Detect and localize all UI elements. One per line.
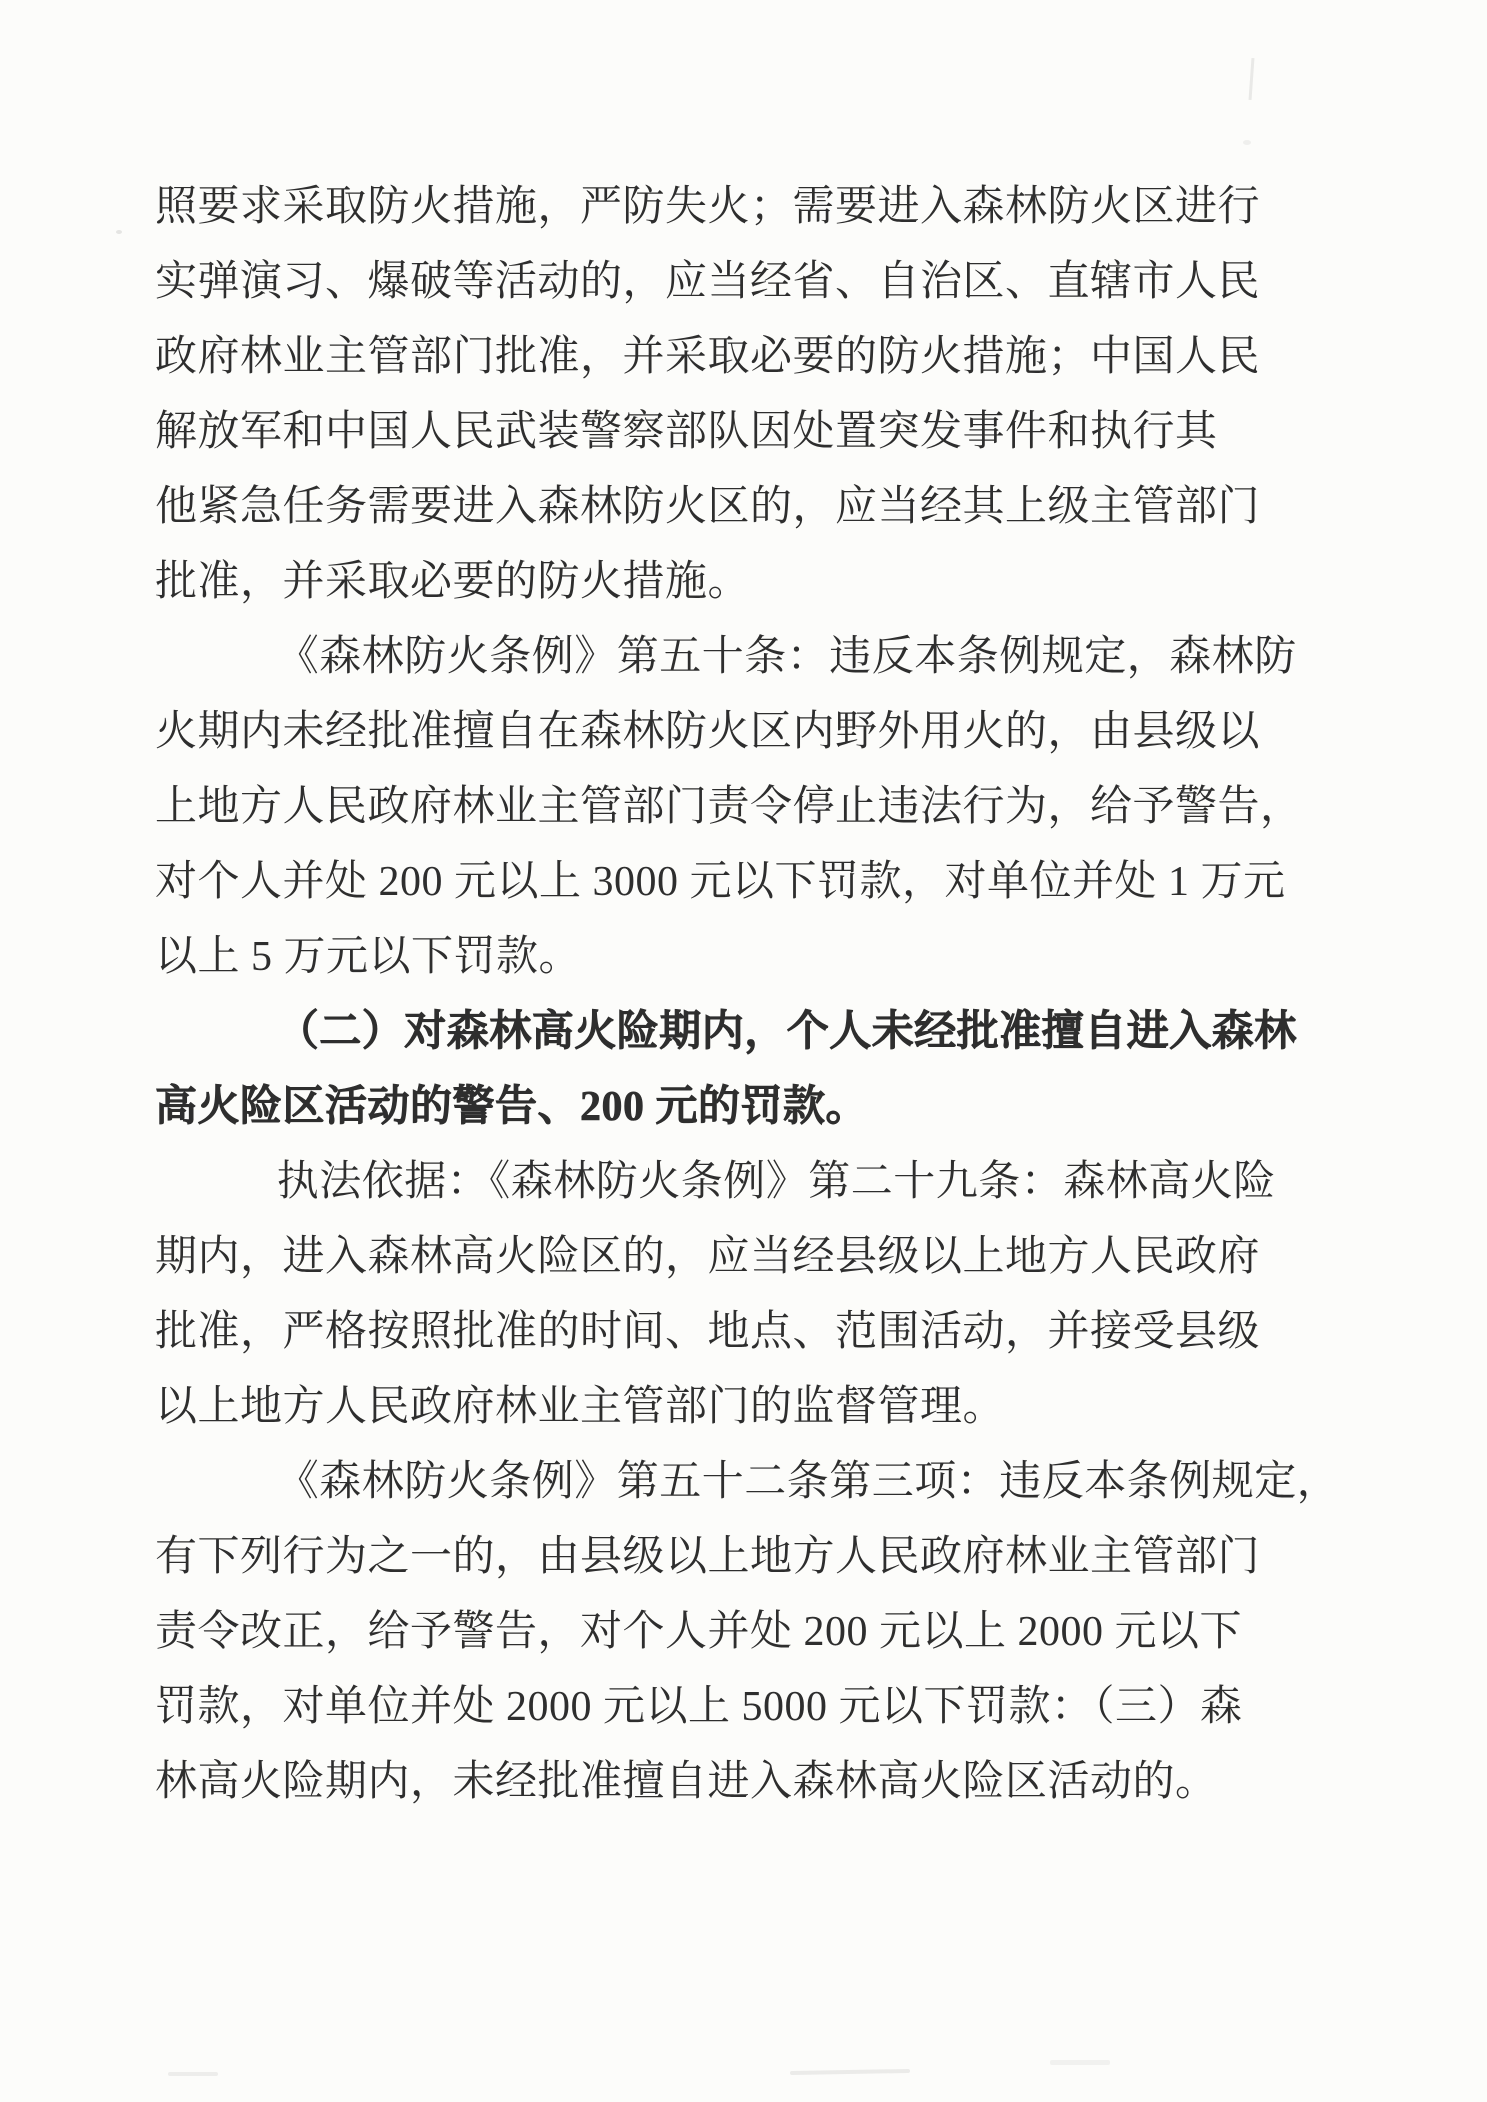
text-line: 他紧急任务需要进入森林防火区的，应当经其上级主管部门 xyxy=(155,470,1295,545)
text-line: 有下列行为之一的，由县级以上地方人民政府林业主管部门 xyxy=(155,1520,1295,1595)
paragraph-regulation-article-50: 《森林防火条例》第五十条：违反本条例规定，森林防火期内未经批准擅自在森林防火区内… xyxy=(155,620,1295,995)
text-line: 实弹演习、爆破等活动的，应当经省、自治区、直辖市人民 xyxy=(155,245,1295,320)
paragraph-enforcement-basis-article-29: 执法依据：《森林防火条例》第二十九条：森林高火险期内，进入森林高火险区的，应当经… xyxy=(155,1145,1295,1445)
text-line: 罚款，对单位并处 2000 元以上 5000 元以下罚款：（三）森 xyxy=(155,1670,1295,1745)
text-line: 执法依据：《森林防火条例》第二十九条：森林高火险 xyxy=(155,1145,1295,1220)
text-line: 《森林防火条例》第五十条：违反本条例规定，森林防 xyxy=(155,620,1295,695)
text-line: 解放军和中国人民武装警察部队因处置突发事件和执行其 xyxy=(155,395,1295,470)
paragraph-item-2-heading: （二）对森林高火险期内，个人未经批准擅自进入森林高火险区活动的警告、200 元的… xyxy=(155,995,1295,1145)
text-line: 上地方人民政府林业主管部门责令停止违法行为，给予警告， xyxy=(155,770,1295,845)
paragraph-regulation-article-52-item-3: 《森林防火条例》第五十二条第三项：违反本条例规定，有下列行为之一的，由县级以上地… xyxy=(155,1445,1295,1820)
text-line: 期内，进入森林高火险区的，应当经县级以上地方人民政府 xyxy=(155,1220,1295,1295)
document-body: 照要求采取防火措施，严防失火；需要进入森林防火区进行实弹演习、爆破等活动的，应当… xyxy=(155,170,1295,1820)
text-line: 《森林防火条例》第五十二条第三项：违反本条例规定， xyxy=(155,1445,1295,1520)
text-line: 火期内未经批准擅自在森林防火区内野外用火的，由县级以 xyxy=(155,695,1295,770)
scan-artifact xyxy=(1050,2060,1110,2065)
scanned-page: 照要求采取防火措施，严防失火；需要进入森林防火区进行实弹演习、爆破等活动的，应当… xyxy=(0,0,1487,2102)
scan-artifact xyxy=(116,230,122,234)
scan-artifact xyxy=(168,2072,218,2076)
text-line: （二）对森林高火险期内，个人未经批准擅自进入森林 xyxy=(155,995,1295,1070)
text-line: 对个人并处 200 元以上 3000 元以下罚款，对单位并处 1 万元 xyxy=(155,845,1295,920)
scan-artifact xyxy=(790,2069,910,2075)
text-line: 批准，严格按照批准的时间、地点、范围活动，并接受县级 xyxy=(155,1295,1295,1370)
paragraph-fire-area-entry-continuation: 照要求采取防火措施，严防失火；需要进入森林防火区进行实弹演习、爆破等活动的，应当… xyxy=(155,170,1295,620)
text-line: 高火险区活动的警告、200 元的罚款。 xyxy=(155,1070,1295,1145)
text-line: 照要求采取防火措施，严防失火；需要进入森林防火区进行 xyxy=(155,170,1295,245)
text-line: 以上地方人民政府林业主管部门的监督管理。 xyxy=(155,1370,1295,1445)
text-line: 政府林业主管部门批准，并采取必要的防火措施；中国人民 xyxy=(155,320,1295,395)
text-line: 责令改正，给予警告，对个人并处 200 元以上 2000 元以下 xyxy=(155,1595,1295,1670)
text-line: 以上 5 万元以下罚款。 xyxy=(155,920,1295,995)
text-line: 批准，并采取必要的防火措施。 xyxy=(155,545,1295,620)
scan-artifact xyxy=(1249,58,1255,100)
scan-artifact xyxy=(1243,140,1251,145)
text-line: 林高火险期内，未经批准擅自进入森林高火险区活动的。 xyxy=(155,1745,1295,1820)
